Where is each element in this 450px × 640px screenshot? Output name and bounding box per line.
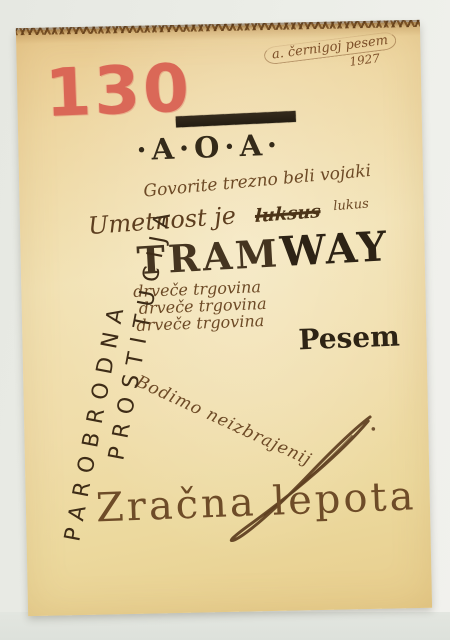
crossed-out-word: luksus <box>255 201 321 227</box>
word-pesem: Pesem <box>298 319 401 356</box>
photo-background-mat <box>0 612 450 640</box>
tramway-bold-part: WAY <box>279 222 390 276</box>
poem-paper-sheet: a. černigoj pesem 1927 130 ·A·O·A· Govor… <box>16 22 432 616</box>
correction-word: lukus <box>333 197 369 215</box>
